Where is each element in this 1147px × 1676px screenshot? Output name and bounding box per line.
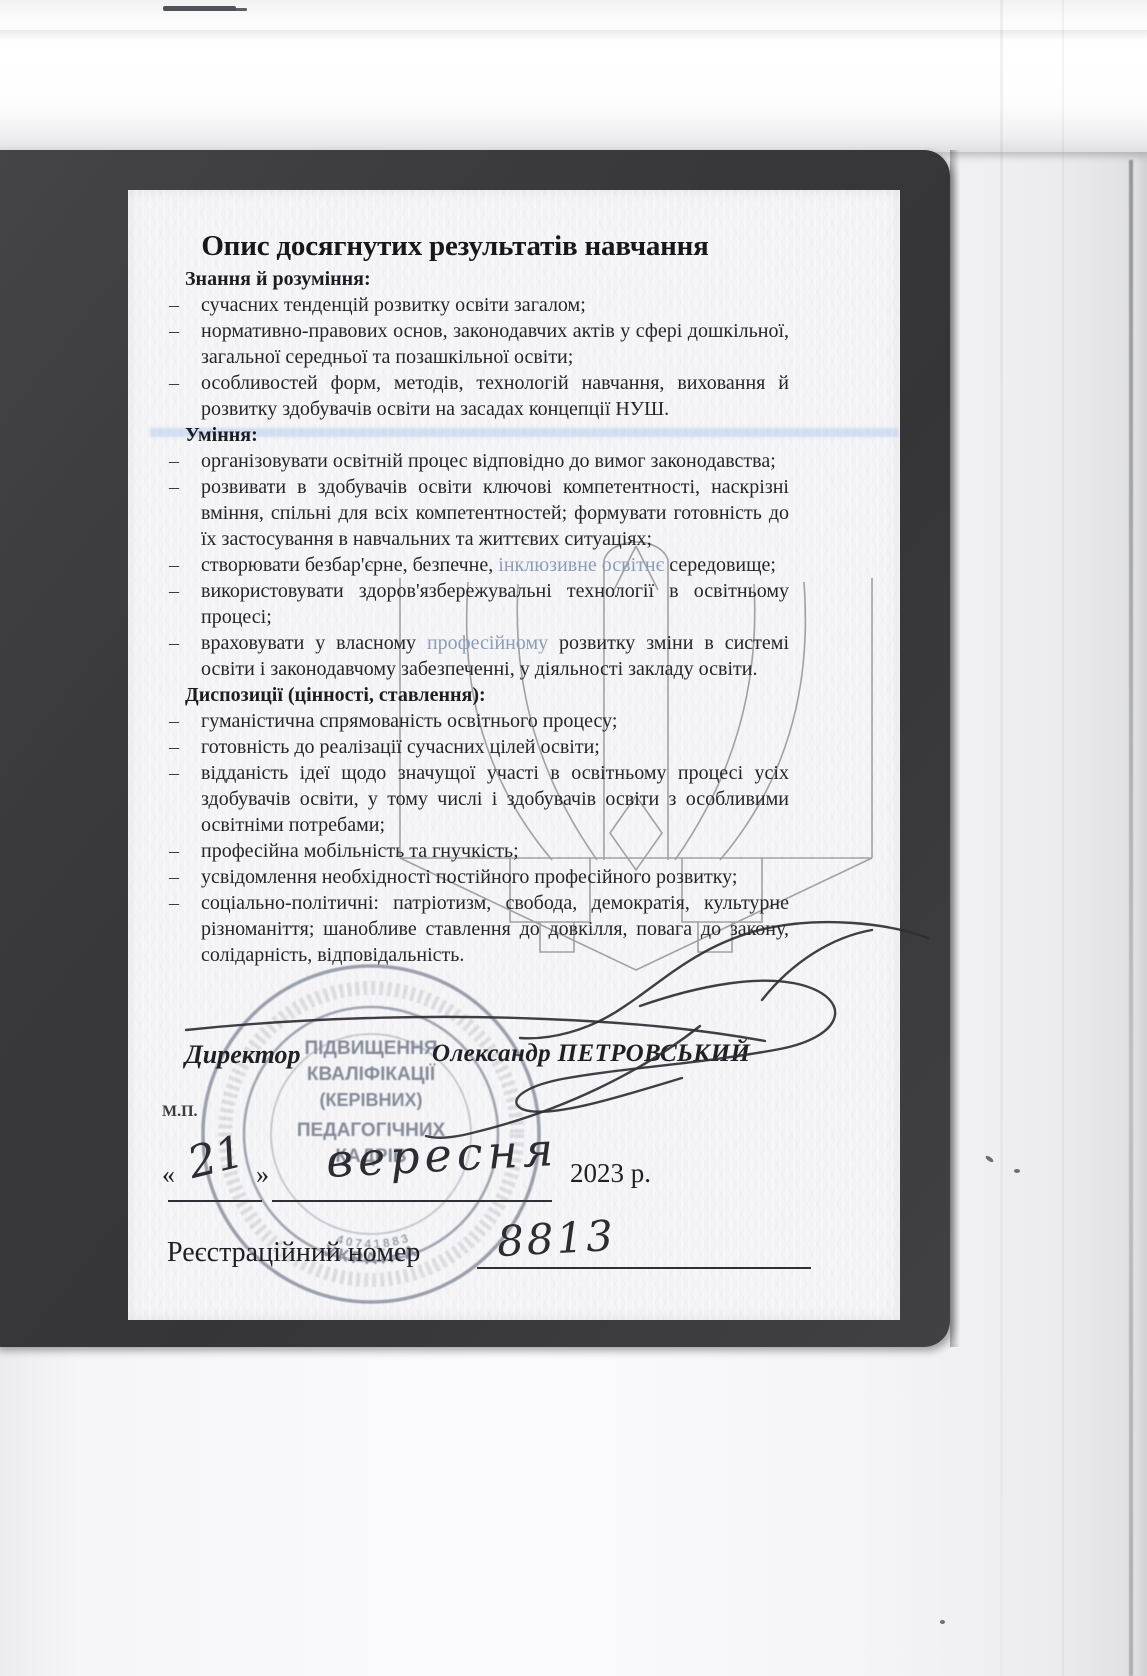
dust-speck: [1014, 1169, 1020, 1173]
section-heading-knowledge: Знання й розуміння:: [185, 266, 789, 292]
year-label: 2023 р.: [570, 1158, 651, 1189]
bullet-dash: –: [169, 318, 179, 344]
paper-fold-line: [1000, 0, 1003, 1676]
list-item: –особливостей форм, методів, технологій …: [185, 370, 789, 422]
registration-underline: [477, 1267, 811, 1269]
list-item-text: професійна мобільність та гнучкість;: [201, 840, 519, 862]
list-item: –розвивати в здобувачів освіти ключові к…: [185, 474, 789, 552]
folder-edge-shadow: [950, 150, 960, 1347]
list-item: –професійна мобільність та гнучкість;: [185, 838, 789, 864]
list-item-text: соціально-політичні: патріотизм, свобода…: [201, 892, 789, 966]
list-item-text: усвідомлення необхідності постійного про…: [201, 866, 737, 888]
bullet-dash: –: [169, 838, 179, 864]
list-item: –соціально-політичні: патріотизм, свобод…: [185, 890, 789, 968]
registration-number-label: Реєстраційний номер: [167, 1237, 420, 1269]
dust-speck: [985, 1155, 995, 1163]
section-heading-skills: Уміння:: [185, 422, 789, 448]
scan-top-paper-band: [0, 0, 1147, 152]
bullet-dash: –: [169, 708, 179, 734]
scan-edge-line: [1129, 160, 1133, 1676]
bullet-dash: –: [169, 552, 179, 578]
list-item: –гуманістична спрямованість освітнього п…: [185, 708, 789, 734]
paper-fold-line: [1062, 0, 1064, 1676]
list-item-text: використовувати здоров'язбережувальні те…: [201, 580, 789, 628]
list-item: –створювати безбар'єрне, безпечне, інклю…: [185, 552, 789, 578]
stamp-text-line: ПІДВИЩЕННЯ: [305, 1038, 438, 1059]
list-item-text: готовність до реалізації сучасних цілей …: [201, 736, 600, 758]
bullet-dash: –: [169, 890, 179, 916]
section-heading-dispositions: Диспозиції (цінності, ставлення):: [185, 682, 789, 708]
bullet-dash: –: [169, 734, 179, 760]
list-item: –організовувати освітній процес відповід…: [185, 448, 789, 474]
bullet-dash: –: [169, 448, 179, 474]
list-item-text: нормативно-правових основ, законодавчих …: [201, 320, 789, 368]
list-item-text: особливостей форм, методів, технологій н…: [201, 372, 789, 420]
bullet-dash: –: [169, 474, 179, 500]
bullet-dash: –: [169, 578, 179, 604]
scan-artifact-dash: [163, 6, 236, 11]
handwritten-registration-number: 8813: [496, 1211, 617, 1266]
page-title: Опис досягнутих результатів навчання: [185, 228, 789, 264]
list-item: –використовувати здоров'язбережувальні т…: [185, 578, 789, 630]
faded-print-text: інклюзивне освітнє: [498, 554, 664, 576]
list-item-text: розвивати в здобувачів освіти ключові ко…: [201, 476, 789, 550]
list-item: –нормативно-правових основ, законодавчих…: [185, 318, 789, 370]
bullet-dash: –: [169, 760, 179, 786]
list-item-text: сучасних тенденцій розвитку освіти загал…: [201, 294, 586, 316]
document-body: Опис досягнутих результатів навчання Зна…: [185, 228, 789, 968]
dust-speck: [940, 1620, 945, 1624]
date-quote-open: «: [162, 1160, 175, 1190]
paper-fold-shadow: [0, 30, 1147, 40]
date-quote-close: »: [256, 1160, 269, 1190]
scanned-document: Опис досягнутих результатів навчання Зна…: [0, 0, 1147, 1676]
bullet-dash: –: [169, 292, 179, 318]
seal-placeholder-label: М.П.: [162, 1103, 198, 1121]
list-item-text: гуманістична спрямованість освітнього пр…: [201, 710, 617, 732]
list-item: –усвідомлення необхідності постійного пр…: [185, 864, 789, 890]
list-item: –сучасних тенденцій розвитку освіти зага…: [185, 292, 789, 318]
director-label: Директор: [185, 1040, 300, 1070]
list-item-text: середовище;: [664, 554, 776, 576]
bullet-dash: –: [169, 864, 179, 890]
list-item: –готовність до реалізації сучасних цілей…: [185, 734, 789, 760]
stamp-text-line: КВАЛІФІКАЦІЇ: [307, 1064, 436, 1085]
day-underline: [168, 1200, 262, 1202]
signer-name: Олександр ПЕТРОВСЬКИЙ: [432, 1040, 750, 1068]
list-item-text: організовувати освітній процес відповідн…: [201, 450, 776, 472]
list-item: –враховувати у власному професійному роз…: [185, 630, 789, 682]
stamp-text-line: (КЕРІВНИХ): [320, 1090, 423, 1110]
list-item-text: враховувати у власному: [201, 632, 427, 654]
list-item: –відданість ідеї щодо значущої участі в …: [185, 760, 789, 838]
list-item-text: створювати безбар'єрне, безпечне,: [201, 554, 498, 576]
bullet-dash: –: [169, 370, 179, 396]
bullet-dash: –: [169, 630, 179, 656]
list-item-text: відданість ідеї щодо значущої участі в о…: [201, 762, 789, 836]
faded-print-text: професійному: [427, 632, 548, 654]
month-underline: [272, 1200, 552, 1202]
